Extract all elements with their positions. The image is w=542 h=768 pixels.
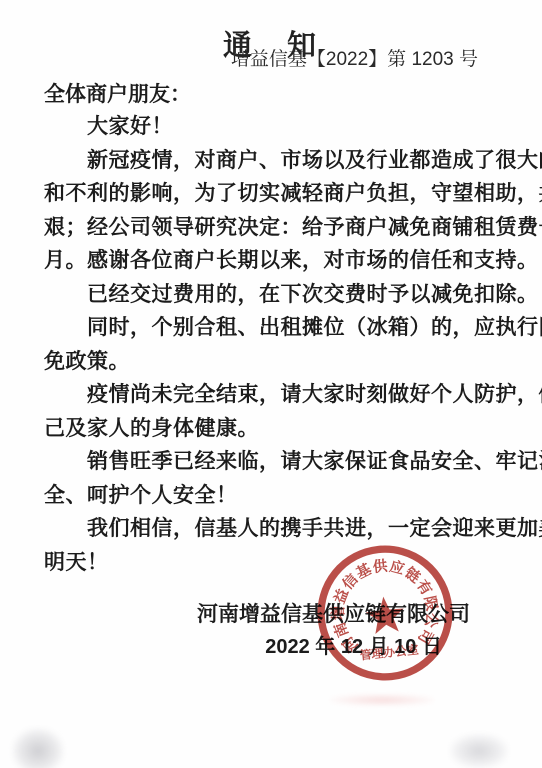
- notice-document: 通 知 增益信基【2022】第 1203 号 全体商户朋友： 大家好！ 新冠疫情…: [0, 0, 542, 768]
- body-line: 己及家人的身体健康。: [44, 412, 500, 446]
- body-line: 月。感谢各位商户长期以来，对市场的信任和支持。: [44, 244, 500, 278]
- scan-smudge-bottom-left: [12, 728, 64, 768]
- company-seal: 河南增益信基供应链有限公司 管理办公室: [305, 533, 465, 693]
- body-line: 销售旺季已经来临，请大家保证食品安全、牢记消防安: [44, 445, 500, 479]
- body-line: 同时，个别合租、出租摊位（冰箱）的，应执行同等减: [44, 311, 500, 345]
- body-line: 艰；经公司领导研究决定：给予商户减免商铺租赁费一个半: [44, 211, 500, 245]
- body-line: 和不利的影响，为了切实减轻商户负担，守望相助，共克时: [44, 177, 500, 211]
- svg-text:限: 限: [421, 594, 442, 612]
- star-icon: [364, 595, 406, 635]
- body-line: 大家好！: [44, 110, 500, 144]
- scan-smudge-pink: [330, 694, 434, 706]
- body-line: 疫情尚未完全结束，请大家时刻做好个人防护，保障自: [44, 378, 500, 412]
- svg-text:增: 增: [329, 605, 347, 620]
- body-line: 新冠疫情，对商户、市场以及行业都造成了很大的损失: [44, 144, 500, 178]
- body-line: 已经交过费用的，在下次交费时予以减免扣除。: [44, 278, 500, 312]
- body-line: 免政策。: [44, 345, 500, 379]
- body-line: 全、呵护个人安全！: [44, 479, 500, 513]
- svg-text:供: 供: [372, 557, 389, 576]
- seal-center-text: 管理办公室: [359, 643, 420, 663]
- scan-smudge-bottom-right: [450, 734, 508, 768]
- salutation: 全体商户朋友：: [44, 78, 191, 108]
- document-body: 大家好！ 新冠疫情，对商户、市场以及行业都造成了很大的损失 和不利的影响，为了切…: [44, 110, 500, 579]
- document-number: 增益信基【2022】第 1203 号: [231, 44, 478, 71]
